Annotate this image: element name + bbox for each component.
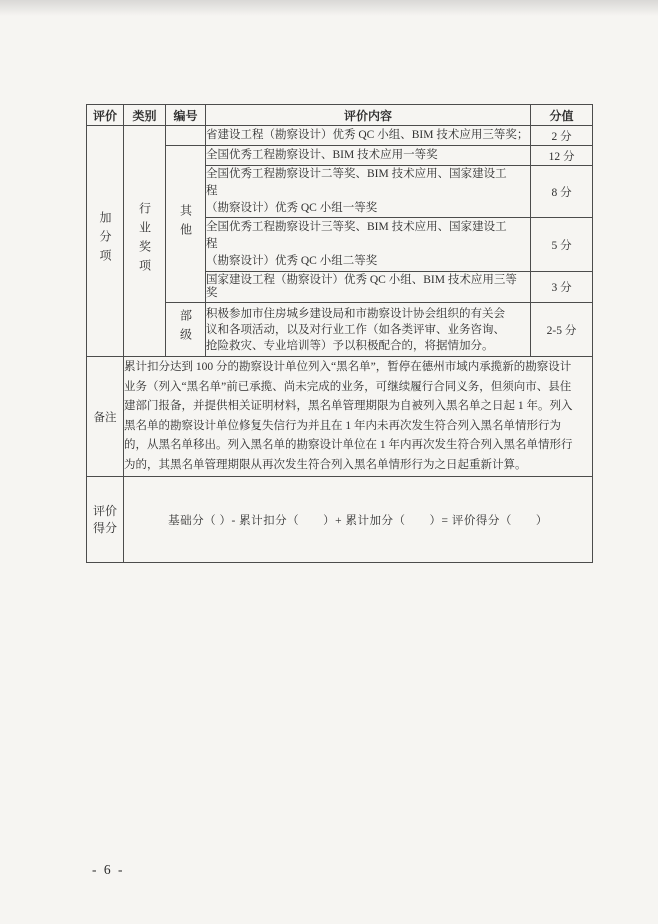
- award-score-cell: 8 分: [531, 166, 593, 218]
- score-formula-cell: 基础分（ ）- 累计扣分（ ）+ 累计加分（ ）= 评价得分（ ）: [124, 477, 593, 563]
- serial-ministerial-cell: 部级: [166, 303, 206, 357]
- remark-label-cell: 备注: [87, 357, 124, 477]
- content-line: （勘察设计）优秀 QC 小组二等奖: [206, 253, 530, 270]
- remark-line: 建部门报备，并提供相关证明材料，黑名单管理期限为自被列入黑名单之日起 1 年。列…: [124, 397, 592, 417]
- score-label-line: 评价: [87, 503, 123, 520]
- content-line: 全国优秀工程勘察设计、BIM 技术应用一等奖: [206, 148, 530, 163]
- award-content-cell: 全国优秀工程勘察设计、BIM 技术应用一等奖: [206, 146, 531, 166]
- award-content-cell: 全国优秀工程勘察设计二等奖、BIM 技术应用、国家建设工 程 （勘察设计）优秀 …: [206, 166, 531, 218]
- header-content: 评价内容: [206, 105, 531, 126]
- serial-other-label: 其他: [180, 204, 192, 242]
- evaluation-table: 评价 类别 编号 评价内容 分值 加分项 行业奖项 省建设工程（勘察设计）优秀 …: [86, 104, 593, 563]
- award-score-cell: 2-5 分: [531, 303, 593, 357]
- remark-line: 业务（列入“黑名单”前已承揽、尚未完成的业务，可继续履行合同义务，但须向市、县住: [124, 378, 592, 398]
- scan-top-shadow: [0, 0, 658, 16]
- content-line: 程: [206, 236, 530, 253]
- remark-text-cell: 累计扣分达到 100 分的勘察设计单位列入“黑名单”，暂停在德州市域内承揽新的勘…: [124, 357, 593, 477]
- bonus-eval-label: 加分项: [99, 211, 111, 268]
- award-content-cell: 全国优秀工程勘察设计三等奖、BIM 技术应用、国家建设工 程 （勘察设计）优秀 …: [206, 218, 531, 272]
- header-category: 类别: [124, 105, 166, 126]
- content-line: 全国优秀工程勘察设计三等奖、BIM 技术应用、国家建设工: [206, 219, 530, 236]
- award-score-cell: 2 分: [531, 126, 593, 146]
- header-score: 分值: [531, 105, 593, 126]
- content-line: 积极参加市住房城乡建设局和市勘察设计协会组织的有关会: [206, 306, 530, 322]
- serial-empty-cell: [166, 126, 206, 146]
- content-line: （勘察设计）优秀 QC 小组一等奖: [206, 200, 530, 217]
- page-number: - 6 -: [92, 862, 125, 878]
- content-line: 程: [206, 183, 530, 200]
- content-line: 奖: [206, 287, 530, 301]
- award-content-cell: 积极参加市住房城乡建设局和市勘察设计协会组织的有关会 议和各项活动，以及对行业工…: [206, 303, 531, 357]
- remark-line: 黑名单的勘察设计单位修复失信行为并且在 1 年内未再次发生符合列入黑名单情形行为: [124, 417, 592, 437]
- score-label-cell: 评价 得分: [87, 477, 124, 563]
- header-serial: 编号: [166, 105, 206, 126]
- bonus-category-label: 行业奖项: [139, 202, 151, 278]
- remark-line: 累计扣分达到 100 分的勘察设计单位列入“黑名单”，暂停在德州市域内承揽新的勘…: [124, 358, 592, 378]
- award-score-cell: 5 分: [531, 218, 593, 272]
- bonus-eval-label-cell: 加分项: [87, 126, 124, 357]
- award-content-cell: 国家建设工程（勘察设计）优秀 QC 小组、BIM 技术应用三等 奖: [206, 272, 531, 303]
- table-header-row: 评价 类别 编号 评价内容 分值: [87, 105, 593, 126]
- serial-ministerial-label: 部级: [180, 309, 192, 347]
- remark-line: 的，从黑名单移出。列入黑名单的勘察设计单位在 1 年内再次发生符合列入黑名单情形…: [124, 436, 592, 456]
- content-line: 议和各项活动，以及对行业工作（如各类评审、业务咨询、: [206, 322, 530, 338]
- content-line: 省建设工程（勘察设计）优秀 QC 小组、BIM 技术应用三等奖；: [206, 128, 530, 143]
- content-line: 全国优秀工程勘察设计二等奖、BIM 技术应用、国家建设工: [206, 166, 530, 183]
- remark-row: 备注 累计扣分达到 100 分的勘察设计单位列入“黑名单”，暂停在德州市域内承揽…: [87, 357, 593, 477]
- award-score-cell: 3 分: [531, 272, 593, 303]
- remark-line: 为的，其黑名单管理期限从再次发生符合列入黑名单情形行为之日起重新计算。: [124, 456, 592, 476]
- score-row: 评价 得分 基础分（ ）- 累计扣分（ ）+ 累计加分（ ）= 评价得分（ ）: [87, 477, 593, 563]
- award-score-cell: 12 分: [531, 146, 593, 166]
- content-line: 抢险救灾、专业培训等）予以积极配合的，将据情加分。: [206, 338, 530, 354]
- serial-other-cell: 其他: [166, 146, 206, 303]
- header-evaluation: 评价: [87, 105, 124, 126]
- score-label-line: 得分: [87, 520, 123, 537]
- bonus-category-label-cell: 行业奖项: [124, 126, 166, 357]
- award-row-1: 加分项 行业奖项 省建设工程（勘察设计）优秀 QC 小组、BIM 技术应用三等奖…: [87, 126, 593, 146]
- content-line: 国家建设工程（勘察设计）优秀 QC 小组、BIM 技术应用三等: [206, 274, 530, 288]
- award-content-cell: 省建设工程（勘察设计）优秀 QC 小组、BIM 技术应用三等奖；: [206, 126, 531, 146]
